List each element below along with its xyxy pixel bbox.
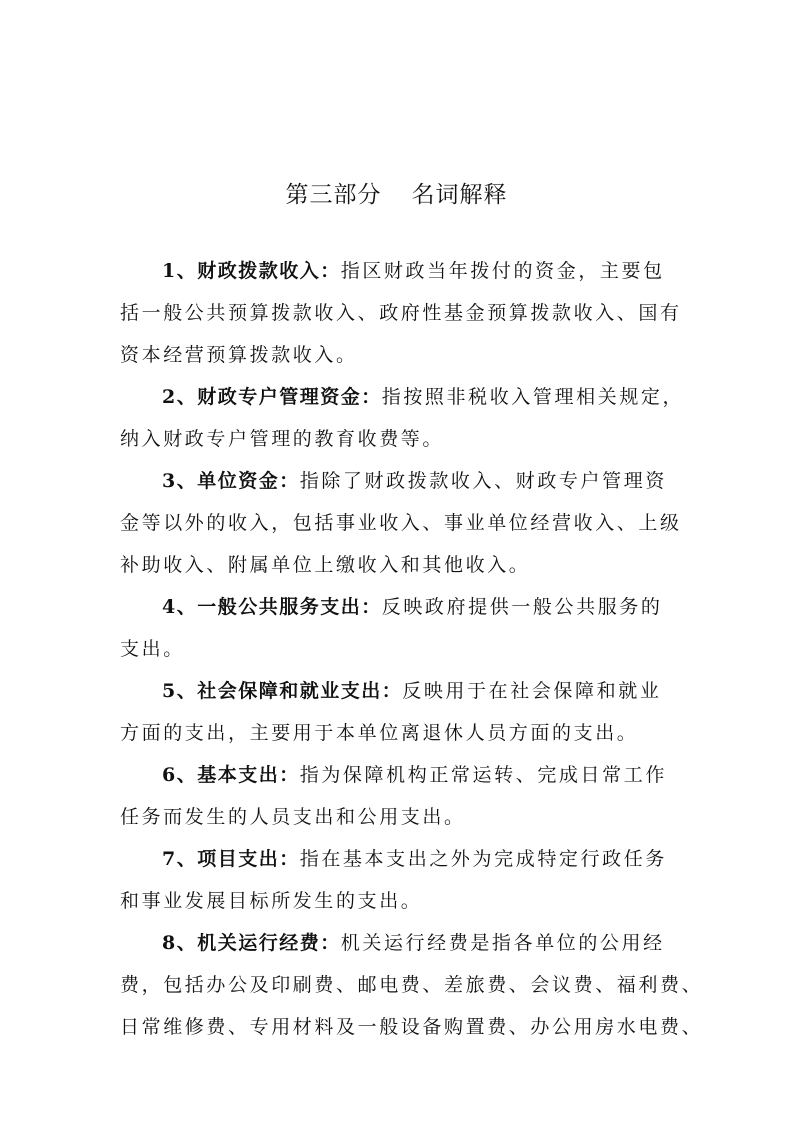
entry-6-line-2: 任务而发生的人员支出和公用支出。 [120, 796, 680, 838]
entry-2-line-2: 纳入财政专户管理的教育收费等。 [120, 418, 680, 460]
entry-7-line-2: 和事业发展目标所发生的支出。 [120, 880, 680, 922]
glossary: 1、财政拨款收入：指区财政当年拨付的资金，主要包 括一般公共预算拨款收入、政府性… [120, 250, 680, 1048]
term: 3、单位资金： [162, 470, 300, 492]
entry-2-line-1: 2、财政专户管理资金：指按照非税收入管理相关规定， [120, 376, 680, 418]
entry-1-line-3: 资本经营预算拨款收入。 [120, 334, 680, 376]
definition: 反映用于在社会保障和就业 [402, 680, 661, 702]
entry-4-line-1: 4、一般公共服务支出：反映政府提供一般公共服务的 [120, 586, 680, 628]
term: 2、财政专户管理资金： [162, 386, 382, 408]
definition: 指除了财政拨款收入、财政专户管理资 [300, 470, 667, 492]
term: 1、财政拨款收入： [162, 260, 341, 282]
entry-3-line-2: 金等以外的收入，包括事业收入、事业单位经营收入、上级 [120, 502, 680, 544]
entry-8-line-3: 日常维修费、专用材料及一般设备购置费、办公用房水电费、 [120, 1006, 680, 1048]
entry-4-line-2: 支出。 [120, 628, 680, 670]
entry-5-line-1: 5、社会保障和就业支出：反映用于在社会保障和就业 [120, 670, 680, 712]
definition: 机关运行经费是指各单位的公用经 [341, 932, 665, 954]
entry-3-line-1: 3、单位资金：指除了财政拨款收入、财政专户管理资 [120, 460, 680, 502]
term: 7、项目支出： [162, 848, 300, 870]
entry-3-line-3: 补助收入、附属单位上缴收入和其他收入。 [120, 544, 680, 586]
definition: 指按照非税收入管理相关规定， [382, 386, 684, 408]
definition: 指区财政当年拨付的资金，主要包 [341, 260, 665, 282]
section-name: 名词解释 [412, 182, 508, 208]
term: 4、一般公共服务支出： [162, 596, 382, 618]
definition: 反映政府提供一般公共服务的 [382, 596, 663, 618]
entry-8-line-1: 8、机关运行经费：机关运行经费是指各单位的公用经 [120, 922, 680, 964]
term: 5、社会保障和就业支出： [162, 680, 402, 702]
page-title: 第三部分名词解释 [0, 176, 793, 209]
section-part: 第三部分 [286, 182, 382, 208]
entry-8-line-2: 费，包括办公及印刷费、邮电费、差旅费、会议费、福利费、 [120, 964, 680, 1006]
entry-6-line-1: 6、基本支出：指为保障机构正常运转、完成日常工作 [120, 754, 680, 796]
entry-5-line-2: 方面的支出，主要用于本单位离退休人员方面的支出。 [120, 712, 680, 754]
term: 8、机关运行经费： [162, 932, 341, 954]
entry-1-line-2: 括一般公共预算拨款收入、政府性基金预算拨款收入、国有 [120, 292, 680, 334]
definition: 指为保障机构正常运转、完成日常工作 [300, 764, 667, 786]
entry-7-line-1: 7、项目支出：指在基本支出之外为完成特定行政任务 [120, 838, 680, 880]
definition: 指在基本支出之外为完成特定行政任务 [300, 848, 667, 870]
entry-1-line-1: 1、财政拨款收入：指区财政当年拨付的资金，主要包 [120, 250, 680, 292]
term: 6、基本支出： [162, 764, 300, 786]
